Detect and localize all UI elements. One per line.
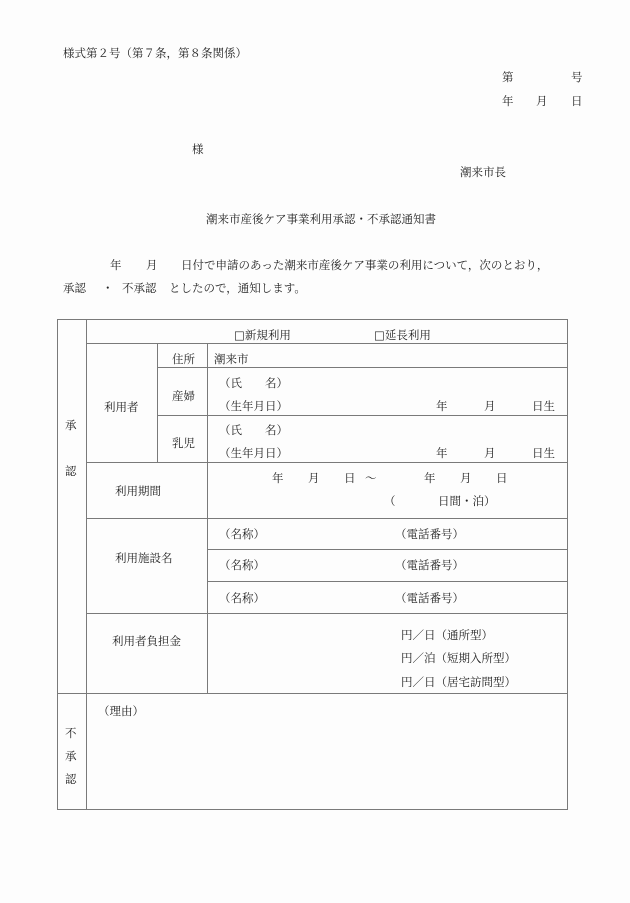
mother-label: 産婦 [172,389,195,403]
facility-2-name[interactable]: （名称） [219,558,265,572]
date-day: 日 [571,94,583,108]
period-open-paren: （ [384,494,396,508]
fee-short-stay[interactable]: 円／泊（短期入所型） [401,651,516,665]
rejection-label-1: 不 [65,726,77,740]
mother-birth-day: 日生 [532,399,555,413]
doc-number-prefix: 第 [502,70,514,84]
table-border-bottom [57,809,568,810]
row-divider-usage-type [86,343,568,344]
facility-3-phone[interactable]: （電話番号） [395,591,464,605]
period-from-day: 日 [344,471,356,485]
row-divider-facility [86,613,568,614]
facility-label: 利用施設名 [115,551,173,565]
rejection-label-2: 承 [65,749,77,763]
approval-label-1: 承 [65,418,77,432]
infant-birth-month: 月 [484,446,496,460]
body-dot: ・ [102,281,114,295]
body-line1-text: 日付で申請のあった潮来市産後ケア事業の利用について，次のとおり， [181,258,548,272]
period-from-month: 月 [308,471,320,485]
infant-name-field[interactable]: （氏 名） [219,423,288,437]
infant-birth-day: 日生 [532,446,555,460]
body-line2-text: としたので，通知します。 [169,281,306,295]
infant-birth-year: 年 [436,446,448,460]
body-approve: 承認 [63,281,86,295]
body-reject: 不承認 [122,281,157,295]
checkbox-extension-usage[interactable]: □延長利用 [374,328,431,342]
period-from-year: 年 [272,471,284,485]
doc-number-suffix: 号 [571,70,583,84]
fee-label: 利用者負担金 [112,634,181,648]
period-to-month: 月 [460,471,472,485]
table-border-left [57,319,58,810]
table-col-divider-2 [157,343,158,463]
infant-label: 乳児 [172,436,195,450]
mother-birth-year: 年 [436,399,448,413]
period-tilde: ～ [365,471,377,485]
mother-birth-month: 月 [484,399,496,413]
row-divider-mother [157,415,568,416]
table-border-right [567,319,568,810]
fee-home-visit[interactable]: 円／日（居宅訪問型） [401,675,516,689]
body-month: 月 [146,258,158,272]
row-divider-facility-1 [207,549,568,550]
rejection-label-3: 認 [65,772,77,786]
fee-day-care[interactable]: 円／日（通所型） [401,628,493,642]
row-divider-facility-2 [207,581,568,582]
date-month: 月 [536,94,548,108]
table-border-top [57,319,568,320]
facility-3-name[interactable]: （名称） [219,591,265,605]
facility-1-name[interactable]: （名称） [219,527,265,541]
row-divider-user [86,462,568,463]
addressee-honorific: 様 [192,142,204,156]
date-year: 年 [502,94,514,108]
period-to-day: 日 [496,471,508,485]
row-divider-address [157,367,568,368]
row-divider-period [86,518,568,519]
table-col-divider-3 [207,343,208,694]
address-label: 住所 [172,352,195,366]
approval-label-2: 認 [65,464,77,478]
body-year: 年 [110,258,122,272]
facility-1-phone[interactable]: （電話番号） [395,527,464,541]
period-to-year: 年 [424,471,436,485]
user-label: 利用者 [104,400,139,414]
infant-birth-field[interactable]: （生年月日） [219,446,288,460]
address-value[interactable]: 潮来市 [214,352,249,366]
mother-name-field[interactable]: （氏 名） [219,376,288,390]
period-duration: 日間・泊） [438,494,496,508]
form-number-label: 様式第２号（第７条，第８条関係） [63,46,247,60]
row-divider-fee [57,693,568,694]
rejection-reason-field[interactable]: （理由） [98,704,144,718]
document-title: 潮来市産後ケア事業利用承認・不承認通知書 [206,212,436,226]
period-label: 利用期間 [115,484,161,498]
facility-2-phone[interactable]: （電話番号） [395,558,464,572]
checkbox-new-usage[interactable]: □新規利用 [234,328,291,342]
sender-name: 潮来市長 [460,165,506,179]
table-col-divider-1 [86,319,87,810]
mother-birth-field[interactable]: （生年月日） [219,399,288,413]
